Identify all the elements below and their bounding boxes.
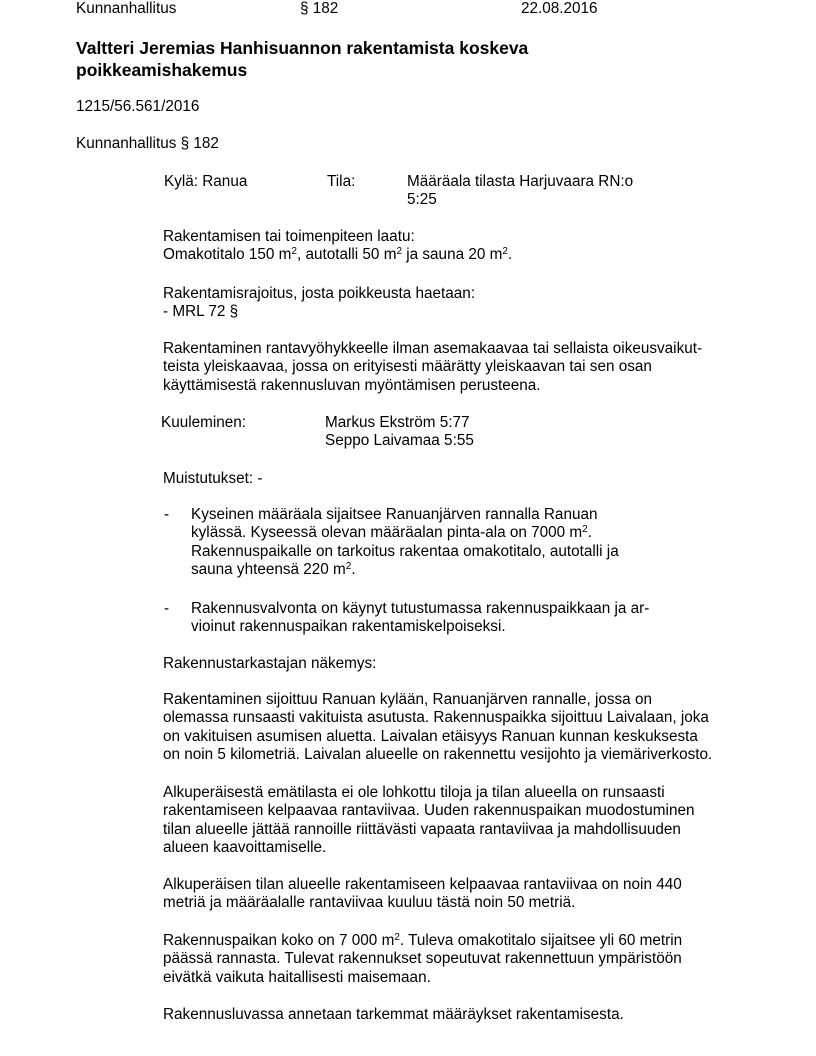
construction-type-label: Rakentamisen tai toimenpiteen laatu: — [163, 228, 512, 246]
paragraph-text: Rakennuspaikan koko on 7 000 m — [163, 932, 394, 949]
inspector-paragraph-2: Alkuperäisestä emätilasta ei ole lohkott… — [163, 784, 694, 857]
inspector-paragraph-4: Rakennuspaikan koko on 7 000 m2. Tuleva … — [163, 932, 682, 987]
document-title: Valtteri Jeremias Hanhisuannon rakentami… — [76, 37, 528, 81]
bullet-dash: - — [164, 506, 169, 524]
bullet-line: Rakennusvalvonta on käynyt tutustumassa … — [191, 600, 649, 618]
restriction-label: Rakentamisrajoitus, josta poikkeusta hae… — [163, 285, 475, 303]
hearing-names: Markus Ekström 5:77 Seppo Laivamaa 5:55 — [325, 414, 474, 450]
paragraph-line: on noin 5 kilometriä. Laivalan alueelle … — [163, 746, 712, 764]
construction-part: ja sauna 20 m — [402, 246, 502, 263]
paragraph-line: Alkuperäisestä emätilasta ei ole lohkott… — [163, 784, 694, 802]
bullet-line: sauna yhteensä 220 m2. — [191, 561, 619, 579]
construction-part: , autotalli 50 m — [297, 246, 396, 263]
estate-label: Tila: — [327, 173, 355, 191]
inspector-paragraph-1: Rakentaminen sijoittuu Ranuan kylään, Ra… — [163, 691, 712, 764]
header-date: 22.08.2016 — [521, 0, 598, 18]
paragraph-line: on vakituisen asumisen aluetta. Laivalan… — [163, 728, 712, 746]
shoreline-paragraph: Rakentaminen rantavyöhykkeelle ilman ase… — [163, 340, 702, 395]
bullet-text: kylässä. Kyseessä olevan määräalan pinta… — [191, 524, 582, 541]
village-label: Kylä: Ranua — [164, 173, 247, 191]
header-body: Kunnanhallitus — [76, 0, 176, 18]
paragraph-line: käyttämisestä rakennusluvan myöntämisen … — [163, 377, 702, 395]
paragraph-line: tilan alueelle jättää rannoille riittävä… — [163, 821, 694, 839]
paragraph-line: Rakennuspaikan koko on 7 000 m2. Tuleva … — [163, 932, 682, 950]
reference-number: 1215/56.561/2016 — [76, 98, 199, 116]
paragraph-text: . Tuleva omakotitalo sijaitsee yli 60 me… — [400, 932, 682, 949]
paragraph-line: eivätkä vaikuta haitallisesti maisemaan. — [163, 969, 682, 987]
paragraph-line: Rakentaminen sijoittuu Ranuan kylään, Ra… — [163, 691, 712, 709]
bullet-line: Rakennuspaikalle on tarkoitus rakentaa o… — [191, 543, 619, 561]
inspector-paragraph-3: Alkuperäisen tilan alueelle rakentamisee… — [163, 876, 682, 913]
hearing-label: Kuuleminen: — [161, 414, 246, 432]
estate-value: Määräala tilasta Harjuvaara RN:o 5:25 — [407, 173, 633, 209]
restriction-value: - MRL 72 § — [163, 303, 475, 321]
section-label: Kunnanhallitus § 182 — [76, 135, 219, 153]
construction-type-value: Omakotitalo 150 m2, autotalli 50 m2 ja s… — [163, 246, 512, 264]
bullet-line: Kyseinen määräala sijaitsee Ranuanjärven… — [191, 506, 619, 524]
restriction: Rakentamisrajoitus, josta poikkeusta hae… — [163, 285, 475, 322]
paragraph-line: olemassa runsaasti vakituista asutusta. … — [163, 709, 712, 727]
bullet-text: sauna yhteensä 220 m — [191, 561, 346, 578]
period: . — [351, 561, 355, 578]
estate-value-line-1: Määräala tilasta Harjuvaara RN:o — [407, 173, 633, 191]
paragraph-line: Rakentaminen rantavyöhykkeelle ilman ase… — [163, 340, 702, 358]
construction-part: . — [508, 246, 512, 263]
title-line-1: Valtteri Jeremias Hanhisuannon rakentami… — [76, 37, 528, 59]
remarks-label: Muistutukset: - — [163, 470, 262, 488]
estate-value-line-2: 5:25 — [407, 191, 633, 209]
bullet-item: Rakennusvalvonta on käynyt tutustumassa … — [191, 600, 649, 637]
construction-type: Rakentamisen tai toimenpiteen laatu: Oma… — [163, 228, 512, 265]
bullet-item: Kyseinen määräala sijaitsee Ranuanjärven… — [191, 506, 619, 579]
inspector-label: Rakennustarkastajan näkemys: — [163, 655, 376, 673]
paragraph-line: rakentamiseen kelpaavaa rantaviivaa. Uud… — [163, 802, 694, 820]
hearing-name: Seppo Laivamaa 5:55 — [325, 432, 474, 450]
period: . — [588, 524, 592, 541]
header-section: § 182 — [300, 0, 338, 18]
paragraph-line: päässä rannasta. Tulevat rakennukset sop… — [163, 950, 682, 968]
paragraph-line: alueen kaavoittamiselle. — [163, 839, 694, 857]
bullet-line: kylässä. Kyseessä olevan määräalan pinta… — [191, 524, 619, 542]
paragraph-line: teista yleiskaavaa, jossa on erityisesti… — [163, 358, 702, 376]
bullet-line: vioinut rakennuspaikan rakentamiskelpois… — [191, 618, 649, 636]
paragraph-line: Alkuperäisen tilan alueelle rakentamisee… — [163, 876, 682, 894]
paragraph-line: metriä ja määräalalle rantaviivaa kuuluu… — [163, 894, 682, 912]
bullet-dash: - — [164, 600, 169, 618]
construction-part: Omakotitalo 150 m — [163, 246, 291, 263]
title-line-2: poikkeamishakemus — [76, 59, 528, 81]
hearing-name: Markus Ekström 5:77 — [325, 414, 474, 432]
inspector-paragraph-5: Rakennusluvassa annetaan tarkemmat määrä… — [163, 1006, 624, 1024]
